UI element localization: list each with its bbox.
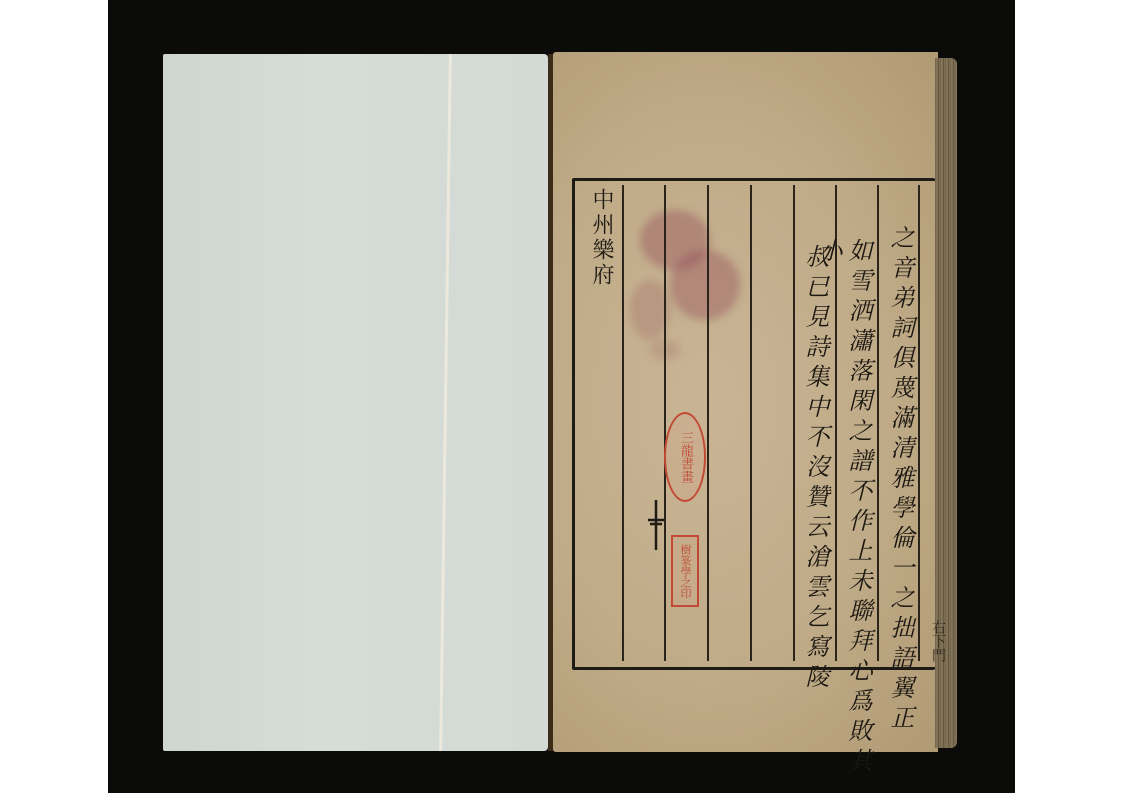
book-title: 中州樂府 (588, 188, 614, 288)
text-column-3: 叔已見詩集中不沒贊云滄雲乞寫陵 (800, 244, 830, 694)
printed-border-frame (572, 178, 935, 670)
column-rule (622, 185, 624, 661)
rectangular-seal: 樹篆學之印 (671, 535, 699, 607)
column-rule (877, 185, 879, 661)
left-blank-page (163, 54, 548, 751)
text-column-2: 如雪洒瀟落閑之譜不作上未聯拜心爲敗其小 (843, 238, 873, 793)
column-rule (918, 185, 920, 661)
column-rule (664, 185, 666, 661)
oval-seal: 三龍書畫 (664, 412, 706, 502)
column-rule (750, 185, 752, 661)
column-rule (793, 185, 795, 661)
page-edge-label: 右下門 (928, 620, 948, 662)
text-column-1: 之音弟詞俱蔑滿清雅學倫一之拙語翼正 (885, 225, 915, 735)
fishtail-mark-icon (646, 500, 666, 550)
column-rule (707, 185, 709, 661)
